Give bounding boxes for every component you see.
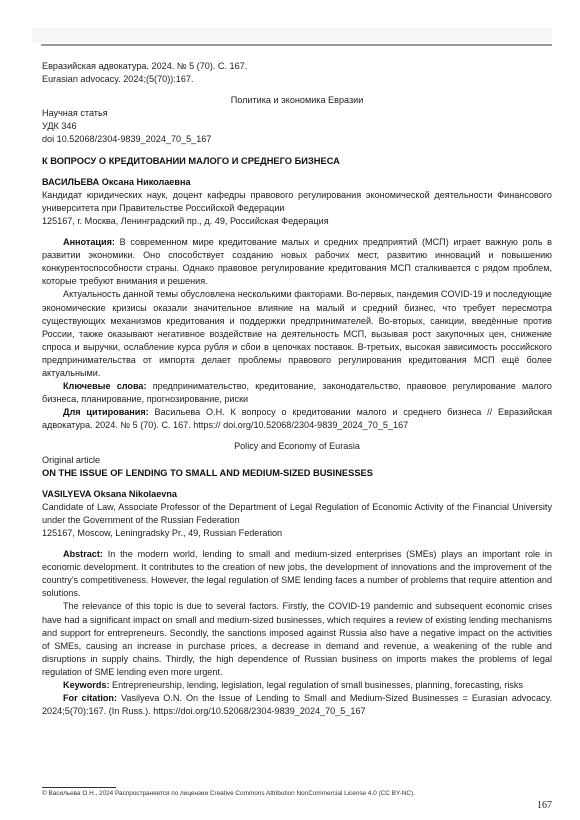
page-number: 167	[537, 800, 552, 811]
abstract-text-en: In the modern world, lending to small an…	[42, 549, 552, 598]
abstract-ru: Аннотация: В современном мире кредитован…	[42, 236, 552, 288]
keywords-label-en: Keywords:	[63, 680, 110, 690]
author-affiliation-ru: Кандидат юридических наук, доцент кафедр…	[42, 189, 552, 215]
udc-code: УДК 346	[42, 120, 552, 133]
abstract-label-en: Abstract:	[63, 549, 103, 559]
author-affiliation-en: Candidate of Law, Associate Professor of…	[42, 501, 552, 527]
relevance-ru: Актуальность данной темы обусловлена нес…	[42, 288, 552, 380]
section-heading-en: Policy and Economy of Eurasia	[42, 440, 552, 453]
author-address-ru: 125167, г. Москва, Ленинградский пр., д.…	[42, 215, 552, 228]
header-rule	[41, 44, 552, 46]
section-heading-ru: Политика и экономика Евразии	[42, 94, 552, 107]
article-title-ru: К ВОПРОСУ О КРЕДИТОВАНИИ МАЛОГО И СРЕДНЕ…	[42, 155, 552, 168]
abstract-text-ru: В современном мире кредитование малых и …	[42, 237, 552, 286]
author-address-en: 125167, Moscow, Leningradsky Pr., 49, Ru…	[42, 527, 552, 540]
article-page: Евразийская адвокатура. 2024. № 5 (70). …	[42, 60, 552, 718]
article-type-en: Original article	[42, 454, 552, 467]
keywords-en: Keywords: Entrepreneurship, lending, leg…	[42, 679, 552, 692]
journal-citation-ru: Евразийская адвокатура. 2024. № 5 (70). …	[42, 60, 552, 73]
footnote-rule	[42, 787, 116, 788]
copyright-notice: © Васильева О.Н., 2024 Распространяется …	[42, 790, 415, 797]
citation-en: For citation: Vasilyeva O.N. On the Issu…	[42, 692, 552, 718]
journal-citation-en: Eurasian advocacy. 2024;(5(70)):167.	[42, 73, 552, 86]
header-band	[32, 28, 552, 42]
doi-ru: doi 10.52068/2304-9839_2024_70_5_167	[42, 133, 552, 146]
article-title-en: ON THE ISSUE OF LENDING TO SMALL AND MED…	[42, 467, 552, 480]
citation-text-en: Vasilyeva O.N. On the Issue of Lending t…	[42, 693, 552, 716]
keywords-ru: Ключевые слова: предпринимательство, кре…	[42, 380, 552, 406]
citation-label-en: For citation:	[63, 693, 117, 703]
keywords-text-en: Entrepreneurship, lending, legislation, …	[110, 680, 524, 690]
article-type-ru: Научная статья	[42, 107, 552, 120]
keywords-label-ru: Ключевые слова:	[63, 381, 147, 391]
citation-label-ru: Для цитирования:	[63, 407, 149, 417]
abstract-en: Abstract: In the modern world, lending t…	[42, 548, 552, 600]
author-name-en: VASILYEVA Oksana Nikolaevna	[42, 488, 552, 501]
author-name-ru: ВАСИЛЬЕВА Оксана Николаевна	[42, 176, 552, 189]
relevance-en: The relevance of this topic is due to se…	[42, 600, 552, 679]
abstract-label-ru: Аннотация:	[63, 237, 115, 247]
citation-ru: Для цитирования: Васильева О.Н. К вопрос…	[42, 406, 552, 432]
